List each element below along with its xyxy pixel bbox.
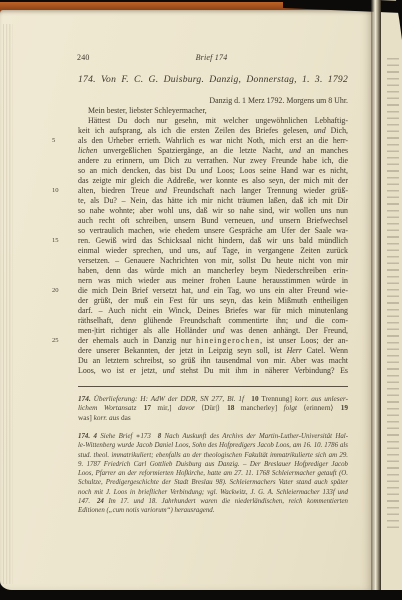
margin-line-number: 25 <box>52 336 72 346</box>
running-head: Brief 174 <box>75 53 348 62</box>
text-line: 15ren. Gewiß wird das Schicksaal nicht h… <box>78 236 348 246</box>
book-photo: 240 Brief 174 174. Von F. C. G. Duisburg… <box>0 0 402 600</box>
text-line: 147. 24 Im 17. und 18. Jahrhundert waren… <box>78 497 348 506</box>
text-line: 10alten, biedren Treue und Freundschaft … <box>78 186 348 196</box>
text-line: haben, denn das würde mich an mancherley… <box>78 266 348 276</box>
text-line: le-Wittenberg wurde Jacob Daniel Loos, S… <box>78 441 348 450</box>
text-line: keit ich aufsprang, als ich die ersten Z… <box>78 126 348 136</box>
text-line: 174. Überlieferung: H: AdW der DDR, SN 2… <box>78 394 348 403</box>
text-line: te, als Du? – Nein, das hätte ich mir ni… <box>78 196 348 206</box>
text-line: einmal wieder sprechen, und uns, auf Tag… <box>78 246 348 256</box>
text-line: das zeigte mir gleich die Addreße, wer k… <box>78 176 348 186</box>
text-line: Loos, wo ist er jetzt, und stehst Du mit… <box>78 366 348 376</box>
letter-heading: 174. Von F. C. G. Duisburg. Danzig, Donn… <box>78 74 348 85</box>
text-line: 20die mich Dein Brief versetzt hat, und … <box>78 286 348 296</box>
text-line: räthselhaft, denn glühende Freundschaft … <box>78 316 348 326</box>
text-line: versetzen. – Genauere Nachrichten von mi… <box>78 256 348 266</box>
margin-line-number: 15 <box>52 236 72 246</box>
text-line: lichen unvergeßlichen Spatziergänge, an … <box>78 146 348 156</box>
text-line: Editionen („cum notis variorum“) herausr… <box>78 506 348 515</box>
facing-page-sliver <box>381 0 402 592</box>
text-line: dere unserer Bekannten, der jetzt in Lei… <box>78 346 348 356</box>
text-line: lichem Wortansatz 17 mir,] davor ⟨Dür|⟩ … <box>78 403 348 412</box>
text-line: Hättest Du doch nur gesehn, mit welcher … <box>78 116 348 126</box>
page-number: 240 <box>77 53 90 62</box>
text-line: Mein bester, liebster Schleyermacher, <box>78 106 348 116</box>
text-line: auch recht oft schreiben, unsern Bund ve… <box>78 216 348 226</box>
text-line: so vertraulich machen, wie ehedem unsere… <box>78 226 348 236</box>
text-line: was] korr. aus das <box>78 413 348 422</box>
text-line: Du an letztern schreibst, so grüß ihn ta… <box>78 356 348 366</box>
book-page: 240 Brief 174 174. Von F. C. G. Duisburg… <box>0 10 374 590</box>
text-line: Schultze, Predigergeschichte der Stadt B… <box>78 478 348 487</box>
text-line: der grüßt, der muß ein Fest für uns seyn… <box>78 296 348 306</box>
text-line: 5als den Urheber errieth. Wahrlich es wa… <box>78 136 348 146</box>
text-line: noch mit J. Loos in brieflicher Verbindu… <box>78 488 348 497</box>
page-fore-edge-lines <box>1 24 13 584</box>
letter-body: Danzig d. 1 Merz 1792. Morgens um 8 Uhr.… <box>78 96 348 376</box>
margin-line-number: 20 <box>52 286 72 296</box>
text-line: nern was mich wieder aus meiner frohen L… <box>78 276 348 286</box>
page-header: 240 Brief 174 <box>75 53 348 62</box>
text-line: Loos, Pfarrer an der reformierten Hofkir… <box>78 469 348 478</box>
commentary-apparatus: 174. 4 Siehe Brief ∗173 8 Nach Auskunft … <box>78 432 348 516</box>
text-line: men-|tirt richtiger als alle Holländer u… <box>78 326 348 336</box>
text-line: stud. theol. immatrikuliert; ebenfalls a… <box>78 451 348 460</box>
facing-page-blurred-text <box>387 58 399 528</box>
text-line: 174. 4 Siehe Brief ∗173 8 Nach Auskunft … <box>78 432 348 441</box>
background-bottom-band <box>0 590 402 600</box>
text-line: so nahe wohnte; aber wohl uns, daß wir s… <box>78 206 348 216</box>
text-line: 9. 1787 Friedrich Carl Gottlieb Duisburg… <box>78 460 348 469</box>
margin-line-number: 10 <box>52 186 72 196</box>
text-line: so an mich dencken, das bist Du und Loos… <box>78 166 348 176</box>
book-gutter <box>371 0 381 594</box>
text-line: andere zu erinnern, um Dich zu verrathen… <box>78 156 348 166</box>
margin-line-number: 5 <box>52 136 72 146</box>
text-line: 25der ehemals auch in Danzig nur hineing… <box>78 336 348 346</box>
text-line: Danzig d. 1 Merz 1792. Morgens um 8 Uhr. <box>78 96 348 106</box>
text-line: darf. – Auch nicht ein Winck, Deines Bri… <box>78 306 348 316</box>
apparatus-divider <box>78 386 348 387</box>
textual-apparatus: 174. Überlieferung: H: AdW der DDR, SN 2… <box>78 394 348 422</box>
